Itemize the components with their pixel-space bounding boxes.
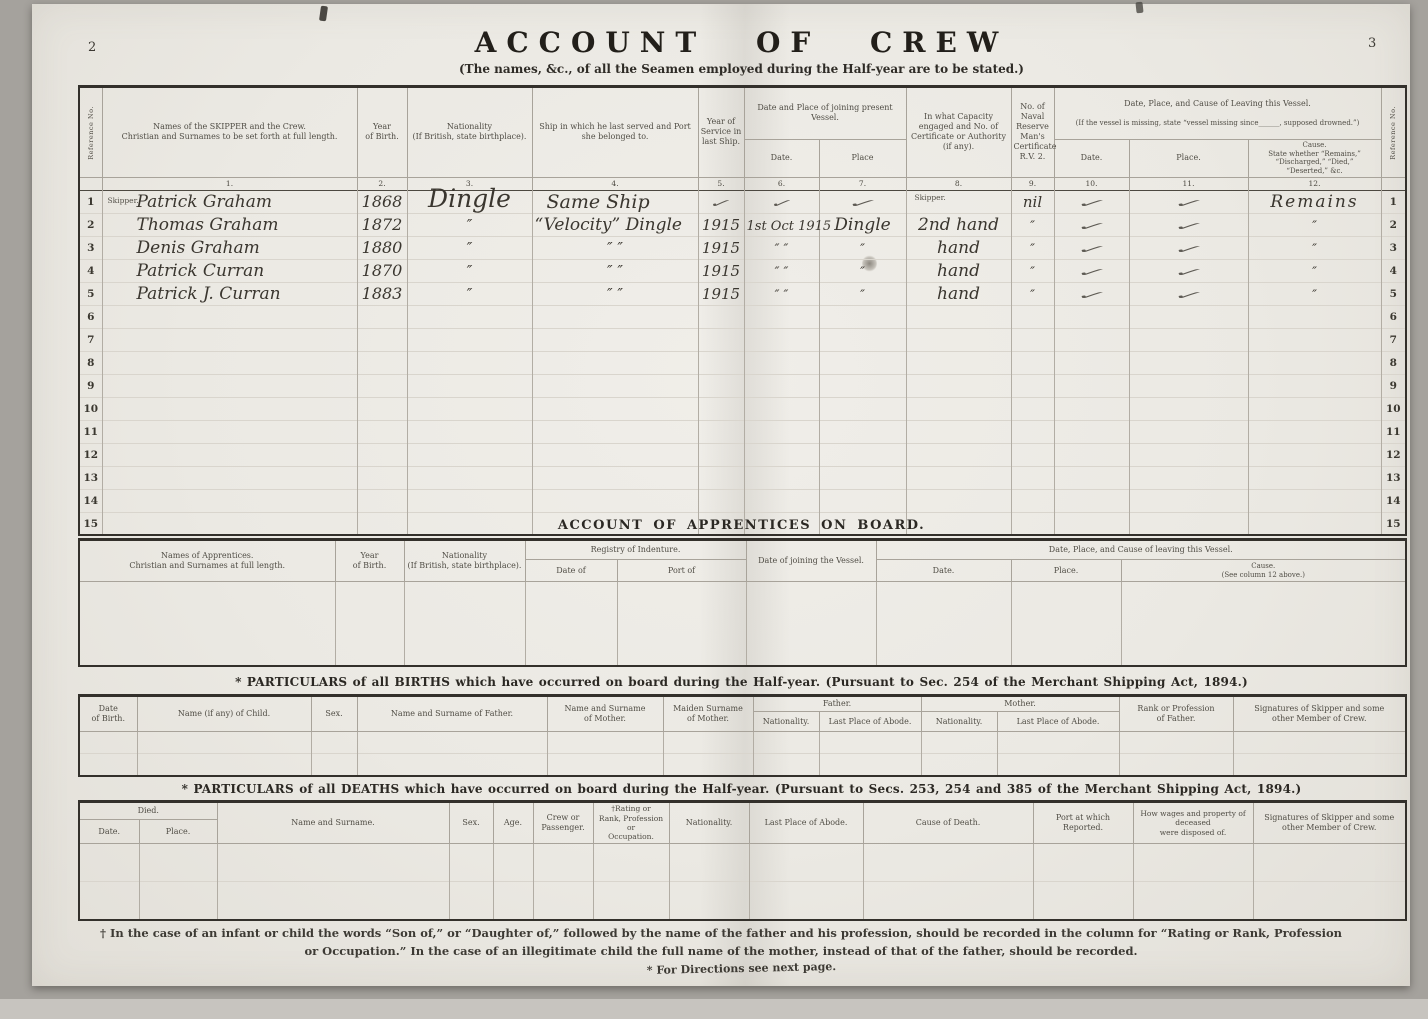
col-num-9: 9. [1011,177,1054,190]
died-date-header: Date. [79,820,139,844]
col-num-5: 5. [698,177,744,190]
birth-sex-header: Sex. [311,696,357,732]
cause-of-death-header: Cause of Death. [863,802,1033,844]
col-num-1: 1. [102,177,357,190]
scanned-crew-agreement-page: { "page": { "left_page_number": "2", "ri… [0,0,1428,1019]
leave-date-cell: ✓ [1054,190,1129,213]
apprentice-joining-header: Date of joining the Vessel. [746,540,876,582]
leave-date-header: Date. [1054,139,1129,177]
father-abode-header: Last Place of Abode. [819,712,921,732]
death-name-header: Name and Surname. [217,802,449,844]
apprentice-leave-place-header: Place. [1011,560,1121,582]
staple-mark [1135,2,1143,14]
crew-or-passenger-header: Crew or Passenger. [533,802,593,844]
apprentice-leave-date-header: Date. [876,560,1011,582]
apprentices-table: Names of Apprentices. Christian and Surn… [78,538,1407,667]
death-abode-header: Last Place of Abode. [749,802,863,844]
father-name-header: Name and Surname of Father. [357,696,547,732]
leaving-group-header: Date, Place, and Cause of Leaving this V… [1054,87,1381,140]
birth-year-cell: 1868 [357,190,407,213]
births-heading: * PARTICULARS of all BIRTHS which have o… [78,675,1405,689]
death-row-empty [79,844,1406,882]
cause-header: Cause. State whether “Remains,” “Dischar… [1248,139,1381,177]
apprentice-names-header: Names of Apprentices. Christian and Surn… [79,540,335,582]
last-ship-cell: Same Ship [532,190,698,213]
names-header: Names of the SKIPPER and the Crew. Chris… [102,87,357,178]
mother-nationality-header: Nationality. [921,712,997,732]
leave-place-cell: ✓ [1129,190,1248,213]
birth-year-header: Year of Birth. [357,87,407,178]
join-date-cell: ✓ [744,190,819,213]
died-place-header: Place. [139,820,217,844]
ref-no: 1 [1381,190,1406,213]
deaths-heading: * PARTICULARS of all DEATHS which have o… [78,782,1405,796]
capacity-cell: Skipper. [906,190,1011,213]
birth-date-header: Date of Birth. [79,696,137,732]
join-date-header: Date. [744,139,819,177]
ref-no: 1 [79,190,102,213]
crew-row-empty: 1414 [79,489,1406,512]
port-reported-header: Port at which Reported. [1033,802,1133,844]
father-rank-header: Rank or Profession of Father. [1119,696,1233,732]
apprentice-leaving-group-header: Date, Place, and Cause of leaving this V… [876,540,1406,560]
mother-abode-header: Last Place of Abode. [997,712,1119,732]
father-group-header: Father. [753,696,921,712]
apprentice-birth-header: Year of Birth. [335,540,404,582]
join-place-header: Place [819,139,906,177]
service-year-header: Year of Service in last Ship. [698,87,744,178]
cause-cell: Remains [1248,190,1381,213]
scan-background-strip [0,999,1428,1019]
join-place-cell: ✓ [819,190,906,213]
col-num-7: 7. [819,177,906,190]
col-num-4: 4. [532,177,698,190]
crew-name-cell: Skipper.Patrick Graham [102,190,357,213]
naval-reserve-header: No. of Naval Reserve Man's Certificate R… [1011,87,1054,178]
registry-group-header: Registry of Indenture. [525,540,746,560]
crew-row-3: 3 Denis Graham 1880 ″ ″ ″ 1915 ″ ″ ″ han… [79,236,1406,259]
mother-name-header: Name and Surname of Mother. [547,696,663,732]
death-row-empty [79,882,1406,920]
service-year-cell: ✓ [698,190,744,213]
crew-row-empty: 99 [79,374,1406,397]
col-num-8: 8. [906,177,1011,190]
leaving-group-note: (If the vessel is missing, state “vessel… [1057,119,1379,128]
registry-date-header: Date of [525,560,617,582]
crew-row-empty: 77 [79,328,1406,351]
death-nationality-header: Nationality. [669,802,749,844]
col-num-6: 6. [744,177,819,190]
joining-group-header: Date and Place of joining present Vessel… [744,87,906,140]
crew-row-4: 4 Patrick Curran 1870 ″ ″ ″ 1915 ″ ″ ″ h… [79,259,1406,282]
capacity-header: In what Capacity engaged and No. of Cert… [906,87,1011,178]
page-subtitle: (The names, &c., of all the Seamen emplo… [78,62,1405,76]
crew-row-2: 2 Thomas Graham 1872 ″ “Velocity” Dingle… [79,213,1406,236]
ref-no-header-left: Reference No. [79,87,102,178]
leaving-group-title: Date, Place, and Cause of Leaving this V… [1057,99,1379,109]
ref-no-header-right: Reference No. [1381,87,1406,178]
child-name-header: Name (if any) of Child. [137,696,311,732]
father-nationality-header: Nationality. [753,712,819,732]
page-title: ACCOUNT OF CREW [78,26,1405,59]
apprentice-nationality-header: Nationality (If British, state birthplac… [404,540,525,582]
death-signatures-header: Signatures of Skipper and some other Mem… [1253,802,1406,844]
crew-row-5: 5 Patrick J. Curran 1883 ″ ″ ″ 1915 ″ ″ … [79,282,1406,305]
crew-row-empty: 66 [79,305,1406,328]
col-num-12: 12. [1248,177,1381,190]
births-table: Date of Birth. Name (if any) of Child. S… [78,694,1407,777]
mother-group-header: Mother. [921,696,1119,712]
died-group-header: Died. [79,802,217,820]
last-ship-header: Ship in which he last served and Port sh… [532,87,698,178]
crew-row-empty: 1010 [79,397,1406,420]
col-num-2: 2. [357,177,407,190]
registry-port-header: Port of [617,560,746,582]
crew-name: Patrick Graham [137,192,272,212]
wages-disposed-header: How wages and property of deceased were … [1133,802,1253,844]
crew-row-empty: 1212 [79,443,1406,466]
rating-header: †Rating or Rank, Profession or Occupatio… [593,802,669,844]
col-num-10: 10. [1054,177,1129,190]
crew-row-empty: 1111 [79,420,1406,443]
apprentices-heading: ACCOUNT OF APPRENTICES ON BOARD. [78,518,1405,533]
leave-place-header: Place. [1129,139,1248,177]
crew-table: Reference No. Names of the SKIPPER and t… [78,85,1407,536]
birth-row-empty [79,754,1406,776]
crew-row-1: 1 Skipper.Patrick Graham 1868 Dingle Sam… [79,190,1406,213]
apprentice-leave-cause-header: Cause. (See column 12 above.) [1121,560,1406,582]
maiden-name-header: Maiden Surname of Mother. [663,696,753,732]
col-num-11: 11. [1129,177,1248,190]
deaths-table: Died. Name and Surname. Sex. Age. Crew o… [78,800,1407,921]
death-age-header: Age. [493,802,533,844]
apprentice-row-empty [79,582,1406,666]
naval-cert-cell: nil [1011,190,1054,213]
birth-signatures-header: Signatures of Skipper and some other Mem… [1233,696,1406,732]
nationality-header: Nationality (If British, state birthplac… [407,87,532,178]
death-sex-header: Sex. [449,802,493,844]
crew-row-empty: 88 [79,351,1406,374]
nationality-cell: Dingle [407,190,532,213]
crew-row-empty: 1313 [79,466,1406,489]
birth-row-empty [79,732,1406,754]
